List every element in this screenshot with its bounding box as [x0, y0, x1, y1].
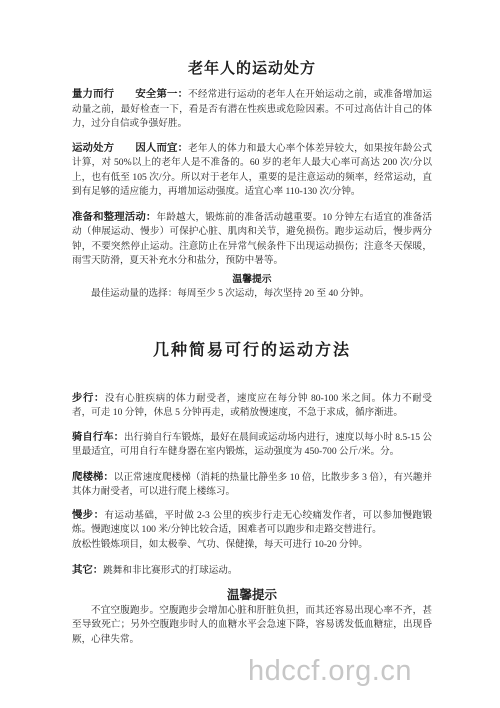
document-title: 老年人的运动处方: [72, 0, 432, 78]
paragraph-safety: 量力而行 安全第一：不经常进行运动的老年人在开始运动之前，或准备增加运动量之前，…: [72, 88, 432, 132]
document-page: 老年人的运动处方 量力而行 安全第一：不经常进行运动的老年人在开始运动之前，或准…: [0, 0, 500, 708]
paragraph-label: 步行：: [72, 393, 105, 404]
paragraph-preparation: 准备和整理活动：年龄越大，锻炼前的准备活动越重要。10 分钟左右适宜的准备活动（…: [72, 211, 432, 269]
document-content: 老年人的运动处方 量力而行 安全第一：不经常进行运动的老年人在开始运动之前，或准…: [0, 0, 500, 647]
paragraph-text: 以正常速度爬楼梯（消耗的热量比静坐多 10 倍，比散步多 3 倍），有兴趣并其体…: [72, 472, 432, 498]
paragraph-label: 骑自行车：: [72, 432, 124, 443]
tip-title: 温馨提示: [72, 587, 432, 603]
paragraph-label: 爬楼梯：: [72, 472, 114, 483]
paragraph-stairs: 爬楼梯：以正常速度爬楼梯（消耗的热量比静坐多 10 倍，比散步多 3 倍），有兴…: [72, 471, 432, 500]
paragraph-extra-line: 放松性锻炼项目，如太极拳、气功、保健操，每天可进行 10-20 分钟。: [72, 538, 432, 553]
paragraph-prescription: 运动处方 因人而宜：老年人的体力和最大心率个体差异较大，如果按年龄公式计算，对 …: [72, 142, 432, 200]
paragraph-text: 跳舞和非比赛形式的打球运动。: [103, 565, 237, 576]
tip-body: 最佳运动量的选择：每周至少 5 次运动，每次坚持 20 至 40 分钟。: [72, 287, 432, 302]
paragraph-other: 其它：跳舞和非比赛形式的打球运动。: [72, 564, 432, 579]
paragraph-cycling: 骑自行车：出行骑自行车锻炼，最好在晨间或运动场内进行，速度以每小时 8.5-15…: [72, 431, 432, 460]
tip-body: 不宜空腹跑步。空腹跑步会增加心脏和肝脏负担，而其还容易出现心率不齐，甚至导致死亡…: [72, 604, 432, 648]
paragraph-text: 没有心脏疾病的体力耐受者，速度应在每分钟 80-100 米之间。体力不耐受者，可…: [72, 393, 432, 419]
paragraph-text: 出行骑自行车锻炼，最好在晨间或运动场内进行，速度以每小时 8.5-15 公里最适…: [72, 432, 432, 458]
paragraph-walking: 步行：没有心脏疾病的体力耐受者，速度应在每分钟 80-100 米之间。体力不耐受…: [72, 392, 432, 421]
paragraph-label: 量力而行 安全第一：: [72, 89, 188, 100]
paragraph-label: 其它：: [72, 565, 103, 576]
watermark-text: hdccf.org.cn: [248, 655, 412, 688]
paragraph-label: 准备和整理活动：: [72, 212, 156, 223]
paragraph-text: 有运动基础，平时做 2-3 公里的疾步行走无心绞痛发作者，可以参加慢跑锻炼。慢跑…: [72, 510, 432, 536]
tip-title: 温馨提示: [72, 273, 432, 288]
paragraph-label: 慢步：: [72, 510, 104, 521]
paragraph-label: 运动处方 因人而宜：: [72, 143, 188, 154]
paragraph-jogging: 慢步：有运动基础，平时做 2-3 公里的疾步行走无心绞痛发作者，可以参加慢跑锻炼…: [72, 509, 432, 553]
section-heading-methods: 几种简易可行的运动方法: [72, 340, 432, 361]
